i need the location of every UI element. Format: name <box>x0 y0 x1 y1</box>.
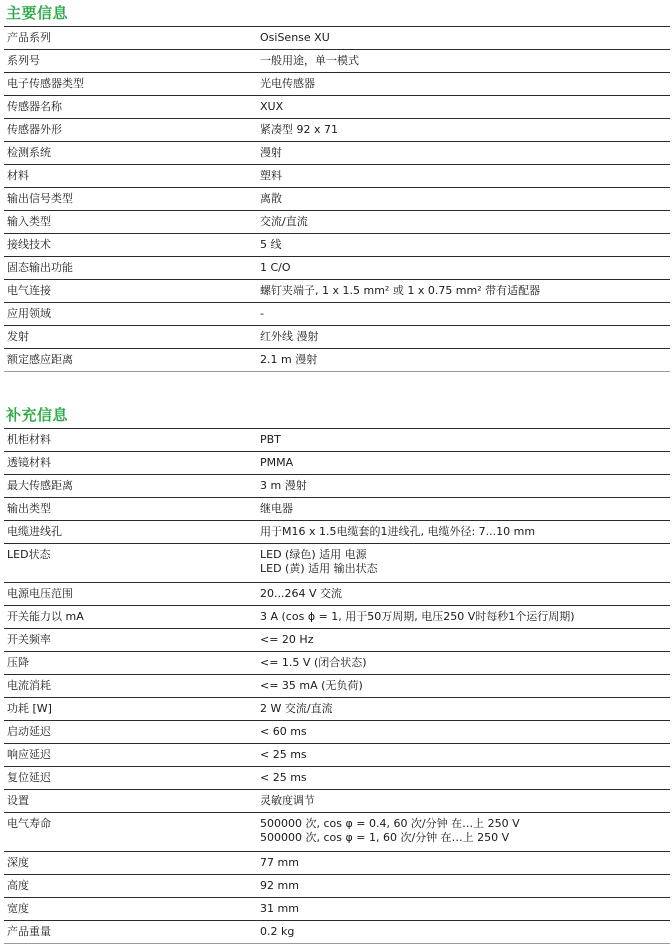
spec-value: 螺钉夹端子, 1 x 1.5 mm² 或 1 x 0.75 mm² 带有适配器 <box>257 280 670 303</box>
spec-value: < 60 ms <box>257 721 670 744</box>
spec-label: 响应延迟 <box>4 744 257 767</box>
spec-value: 灵敏度调节 <box>257 790 670 813</box>
spec-value-line: PBT <box>260 433 670 447</box>
spec-label: 接线技术 <box>4 234 257 257</box>
spec-row: 电流消耗<= 35 mA (无负荷) <box>4 675 670 698</box>
spec-value-line: 离散 <box>260 192 670 206</box>
spec-row: 应用领域- <box>4 303 670 326</box>
spec-value-line: 5 线 <box>260 238 670 252</box>
spec-value: <= 20 Hz <box>257 629 670 652</box>
spec-label: 材料 <box>4 165 257 188</box>
spec-row: 复位延迟< 25 ms <box>4 767 670 790</box>
spec-label: 压降 <box>4 652 257 675</box>
spec-row: 输入类型交流/直流 <box>4 211 670 234</box>
spec-value: OsiSense XU <box>257 27 670 50</box>
spec-value: XUX <box>257 96 670 119</box>
spec-value-line: < 60 ms <box>260 725 670 739</box>
spec-label: 电气连接 <box>4 280 257 303</box>
spec-row: 透镜材料PMMA <box>4 452 670 475</box>
spec-row: 开关频率<= 20 Hz <box>4 629 670 652</box>
spec-row: 宽度31 mm <box>4 898 670 921</box>
spec-label: 电气寿命 <box>4 813 257 852</box>
spec-label: 深度 <box>4 852 257 875</box>
spec-value: 0.2 kg <box>257 921 670 944</box>
spec-value: 2 W 交流/直流 <box>257 698 670 721</box>
spec-row: 启动延迟< 60 ms <box>4 721 670 744</box>
spec-value: 77 mm <box>257 852 670 875</box>
spec-label: 开关能力以 mA <box>4 606 257 629</box>
spec-label: 传感器名称 <box>4 96 257 119</box>
spec-row: 输出类型继电器 <box>4 498 670 521</box>
spec-label: 电流消耗 <box>4 675 257 698</box>
spec-label: 复位延迟 <box>4 767 257 790</box>
spec-row: 深度77 mm <box>4 852 670 875</box>
spec-value: - <box>257 303 670 326</box>
spec-value-line: 继电器 <box>260 502 670 516</box>
spec-label: 启动延迟 <box>4 721 257 744</box>
spec-row: 最大传感距离3 m 漫射 <box>4 475 670 498</box>
spec-value-line: XUX <box>260 100 670 114</box>
spec-value-line: 螺钉夹端子, 1 x 1.5 mm² 或 1 x 0.75 mm² 带有适配器 <box>260 284 670 298</box>
spec-row: 设置灵敏度调节 <box>4 790 670 813</box>
spec-label: 电子传感器类型 <box>4 73 257 96</box>
spec-value-line: 灵敏度调节 <box>260 794 670 808</box>
spec-row: 固态输出功能1 C/O <box>4 257 670 280</box>
spec-value-line: 1 C/O <box>260 261 670 275</box>
spec-value-line: < 25 ms <box>260 771 670 785</box>
spec-value: 2.1 m 漫射 <box>257 349 670 372</box>
spec-label: 系列号 <box>4 50 257 73</box>
spec-row: 开关能力以 mA3 A (cos ϕ = 1, 用于50万周期, 电压250 V… <box>4 606 670 629</box>
spec-value: 继电器 <box>257 498 670 521</box>
spec-row: 机柜材料PBT <box>4 429 670 452</box>
spec-value: 塑料 <box>257 165 670 188</box>
main-info-section: 主要信息 产品系列OsiSense XU系列号一般用途，单一模式电子传感器类型光… <box>0 0 672 372</box>
spec-value-line: <= 1.5 V (闭合状态) <box>260 656 670 670</box>
spec-value-line: 0.2 kg <box>260 925 670 939</box>
spec-value-line: 92 mm <box>260 879 670 893</box>
spec-value-line: 2.1 m 漫射 <box>260 353 670 367</box>
spec-row: 电缆进线孔用于M16 x 1.5电缆套的1进线孔, 电缆外径: 7...10 m… <box>4 521 670 544</box>
spec-label: 传感器外形 <box>4 119 257 142</box>
spec-label: 输出信号类型 <box>4 188 257 211</box>
spec-value: <= 1.5 V (闭合状态) <box>257 652 670 675</box>
spec-value-line: 3 A (cos ϕ = 1, 用于50万周期, 电压250 V时每秒1个运行周… <box>260 610 670 624</box>
spec-value-line: 塑料 <box>260 169 670 183</box>
spec-value-line: 光电传感器 <box>260 77 670 91</box>
spec-value: PMMA <box>257 452 670 475</box>
spec-label: LED状态 <box>4 544 257 583</box>
spec-value-line: 31 mm <box>260 902 670 916</box>
spec-value: 红外线 漫射 <box>257 326 670 349</box>
spec-label: 透镜材料 <box>4 452 257 475</box>
spec-label: 高度 <box>4 875 257 898</box>
section-title-supplementary-info: 补充信息 <box>0 402 672 428</box>
spec-value: 31 mm <box>257 898 670 921</box>
spec-label: 机柜材料 <box>4 429 257 452</box>
spec-row: 功耗 [W]2 W 交流/直流 <box>4 698 670 721</box>
spec-value-line: LED (黄) 适用 输出状态 <box>260 562 670 576</box>
spec-value: 3 A (cos ϕ = 1, 用于50万周期, 电压250 V时每秒1个运行周… <box>257 606 670 629</box>
spec-value-line: 漫射 <box>260 146 670 160</box>
spec-row: LED状态LED (绿色) 适用 电源LED (黄) 适用 输出状态 <box>4 544 670 583</box>
spec-value-line: 一般用途，单一模式 <box>260 54 670 68</box>
spec-row: 额定感应距离2.1 m 漫射 <box>4 349 670 372</box>
spec-value: 离散 <box>257 188 670 211</box>
spec-row: 电子传感器类型光电传感器 <box>4 73 670 96</box>
spec-row: 传感器名称XUX <box>4 96 670 119</box>
spec-label: 最大传感距离 <box>4 475 257 498</box>
spec-label: 开关频率 <box>4 629 257 652</box>
spec-label: 功耗 [W] <box>4 698 257 721</box>
spec-value-line: 3 m 漫射 <box>260 479 670 493</box>
spec-row: 压降<= 1.5 V (闭合状态) <box>4 652 670 675</box>
spec-row: 输出信号类型离散 <box>4 188 670 211</box>
spec-value-line: OsiSense XU <box>260 31 670 45</box>
spec-value: 20...264 V 交流 <box>257 583 670 606</box>
spec-value: 紧凑型 92 x 71 <box>257 119 670 142</box>
spec-label: 设置 <box>4 790 257 813</box>
spec-label: 产品系列 <box>4 27 257 50</box>
spec-value: < 25 ms <box>257 744 670 767</box>
spec-value: 92 mm <box>257 875 670 898</box>
spec-label: 应用领域 <box>4 303 257 326</box>
spec-row: 接线技术5 线 <box>4 234 670 257</box>
spec-value: <= 35 mA (无负荷) <box>257 675 670 698</box>
spec-value-line: 500000 次, cos φ = 1, 60 次/分钟 在…上 250 V <box>260 831 670 845</box>
spec-row: 检测系统漫射 <box>4 142 670 165</box>
spec-value: 5 线 <box>257 234 670 257</box>
spec-value-line: <= 35 mA (无负荷) <box>260 679 670 693</box>
spec-row: 发射红外线 漫射 <box>4 326 670 349</box>
spec-row: 产品系列OsiSense XU <box>4 27 670 50</box>
spec-value-line: - <box>260 307 670 321</box>
supplementary-info-section: 补充信息 机柜材料PBT透镜材料PMMA最大传感距离3 m 漫射输出类型继电器电… <box>0 402 672 944</box>
spec-row: 电源电压范围20...264 V 交流 <box>4 583 670 606</box>
spec-row: 产品重量0.2 kg <box>4 921 670 944</box>
supplementary-info-table: 机柜材料PBT透镜材料PMMA最大传感距离3 m 漫射输出类型继电器电缆进线孔用… <box>4 428 670 944</box>
spec-value-line: LED (绿色) 适用 电源 <box>260 548 670 562</box>
spec-value-line: 红外线 漫射 <box>260 330 670 344</box>
spec-label: 产品重量 <box>4 921 257 944</box>
spec-label: 输出类型 <box>4 498 257 521</box>
section-title-main-info: 主要信息 <box>0 0 672 26</box>
spec-value: < 25 ms <box>257 767 670 790</box>
spec-row: 响应延迟< 25 ms <box>4 744 670 767</box>
spec-value-line: < 25 ms <box>260 748 670 762</box>
spec-value: 500000 次, cos φ = 0.4, 60 次/分钟 在…上 250 V… <box>257 813 670 852</box>
spec-value: 1 C/O <box>257 257 670 280</box>
spec-row: 电气连接螺钉夹端子, 1 x 1.5 mm² 或 1 x 0.75 mm² 带有… <box>4 280 670 303</box>
spec-value-line: 500000 次, cos φ = 0.4, 60 次/分钟 在…上 250 V <box>260 817 670 831</box>
spec-value-line: <= 20 Hz <box>260 633 670 647</box>
spec-value: PBT <box>257 429 670 452</box>
spec-value: 漫射 <box>257 142 670 165</box>
spec-row: 材料塑料 <box>4 165 670 188</box>
spec-row: 高度92 mm <box>4 875 670 898</box>
spec-value: 用于M16 x 1.5电缆套的1进线孔, 电缆外径: 7...10 mm <box>257 521 670 544</box>
spec-value: 一般用途，单一模式 <box>257 50 670 73</box>
spec-label: 宽度 <box>4 898 257 921</box>
spec-label: 发射 <box>4 326 257 349</box>
spec-row: 电气寿命500000 次, cos φ = 0.4, 60 次/分钟 在…上 2… <box>4 813 670 852</box>
spec-label: 检测系统 <box>4 142 257 165</box>
spec-value-line: 紧凑型 92 x 71 <box>260 123 670 137</box>
spec-label: 固态输出功能 <box>4 257 257 280</box>
main-info-table: 产品系列OsiSense XU系列号一般用途，单一模式电子传感器类型光电传感器传… <box>4 26 670 372</box>
spec-label: 电缆进线孔 <box>4 521 257 544</box>
spec-value-line: 2 W 交流/直流 <box>260 702 670 716</box>
spec-row: 传感器外形紧凑型 92 x 71 <box>4 119 670 142</box>
spec-value-line: 用于M16 x 1.5电缆套的1进线孔, 电缆外径: 7...10 mm <box>260 525 670 539</box>
spec-value: 交流/直流 <box>257 211 670 234</box>
spec-value-line: PMMA <box>260 456 670 470</box>
spec-label: 电源电压范围 <box>4 583 257 606</box>
spec-label: 输入类型 <box>4 211 257 234</box>
spec-value-line: 交流/直流 <box>260 215 670 229</box>
spec-value: LED (绿色) 适用 电源LED (黄) 适用 输出状态 <box>257 544 670 583</box>
spec-row: 系列号一般用途，单一模式 <box>4 50 670 73</box>
spec-label: 额定感应距离 <box>4 349 257 372</box>
spec-value-line: 77 mm <box>260 856 670 870</box>
spec-value: 3 m 漫射 <box>257 475 670 498</box>
spec-value-line: 20...264 V 交流 <box>260 587 670 601</box>
spec-value: 光电传感器 <box>257 73 670 96</box>
